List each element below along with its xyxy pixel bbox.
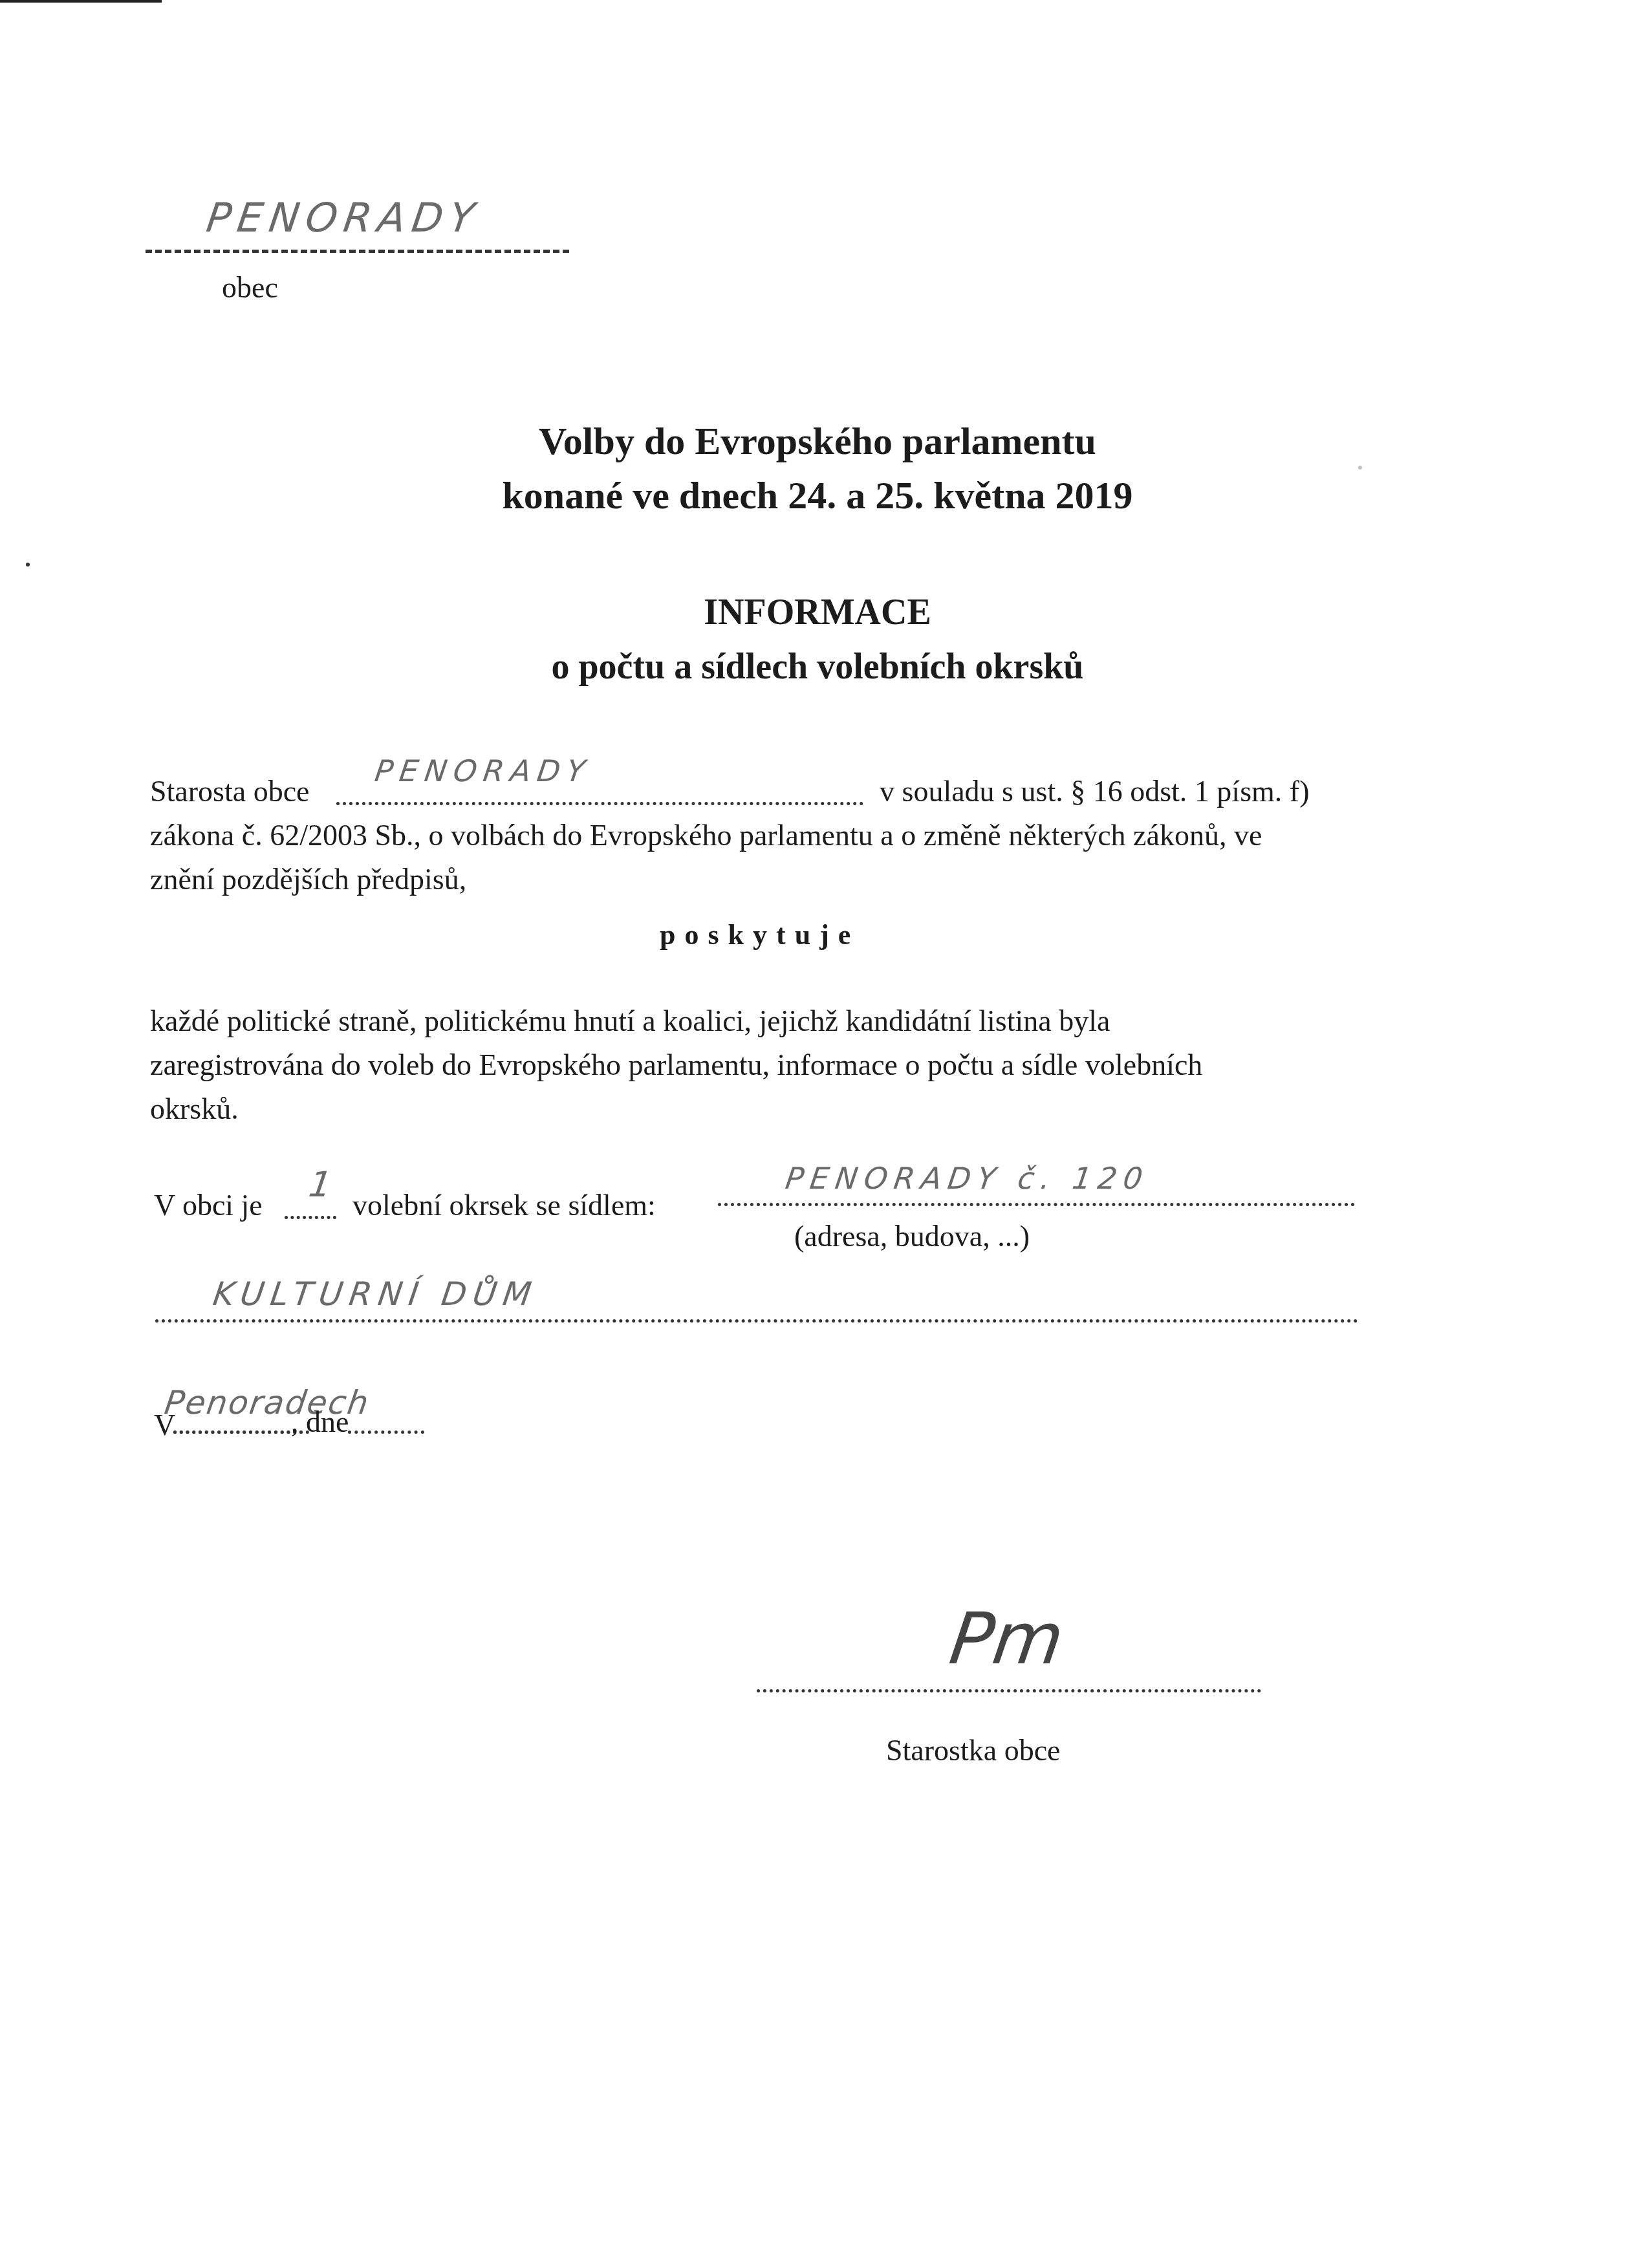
municipality-handwritten: PENORADY xyxy=(204,194,484,241)
districts-building-dots xyxy=(155,1319,1358,1323)
districts-count-handwritten: 1 xyxy=(307,1164,334,1205)
provides-label: poskytuje xyxy=(660,918,860,951)
intro-line-3: znění pozdějších předpisů, xyxy=(150,858,466,902)
districts-building-handwritten: KULTURNÍ DŮM xyxy=(211,1275,540,1313)
document-title: Volby do Evropského parlamentu konané ve… xyxy=(0,414,1635,523)
scan-artifact-line xyxy=(0,0,162,3)
paragraph-line-2: zaregistrována do voleb do Evropského pa… xyxy=(150,1043,1202,1087)
date-label: , dne xyxy=(291,1400,349,1444)
paragraph-line-1: každé politické straně, politickému hnut… xyxy=(150,999,1110,1043)
districts-address-hint: (adresa, budova, ...) xyxy=(794,1215,1030,1258)
districts-address-dots xyxy=(718,1203,1355,1206)
subtitle-line-2: o počtu a sídlech volebních okrsků xyxy=(0,640,1635,694)
intro-municipality-dots xyxy=(336,802,863,805)
municipality-dashed-line xyxy=(146,250,569,253)
signature-role-label: Starostka obce xyxy=(886,1733,1061,1767)
intro-line-1-suffix: v souladu s ust. § 16 odst. 1 písm. f) xyxy=(880,770,1309,814)
intro-municipality-handwritten: PENORADY xyxy=(373,753,594,788)
districts-count-dots xyxy=(285,1216,336,1219)
date-dots-short xyxy=(348,1431,424,1434)
municipality-label: obec xyxy=(222,270,278,305)
title-line-1: Volby do Evropského parlamentu xyxy=(0,414,1635,468)
districts-address-handwritten: PENORADY č. 120 xyxy=(783,1161,1151,1196)
document-subtitle: INFORMACE o počtu a sídlech volebních ok… xyxy=(0,585,1635,694)
paragraph-line-3: okrsků. xyxy=(150,1087,239,1131)
intro-line-2: zákona č. 62/2003 Sb., o volbách do Evro… xyxy=(150,814,1456,858)
signature-dots xyxy=(757,1689,1261,1692)
scan-artifact-dot xyxy=(26,563,30,567)
place-dots-overlay xyxy=(173,1431,303,1434)
intro-prefix: Starosta obce xyxy=(150,770,310,814)
districts-middle-text: volební okrsek se sídlem: xyxy=(352,1183,656,1227)
subtitle-line-1: INFORMACE xyxy=(0,585,1635,640)
districts-prefix: V obci je xyxy=(154,1183,263,1227)
signature-mark: Pm xyxy=(945,1597,1068,1680)
title-line-2: konané ve dnech 24. a 25. května 2019 xyxy=(0,468,1635,523)
